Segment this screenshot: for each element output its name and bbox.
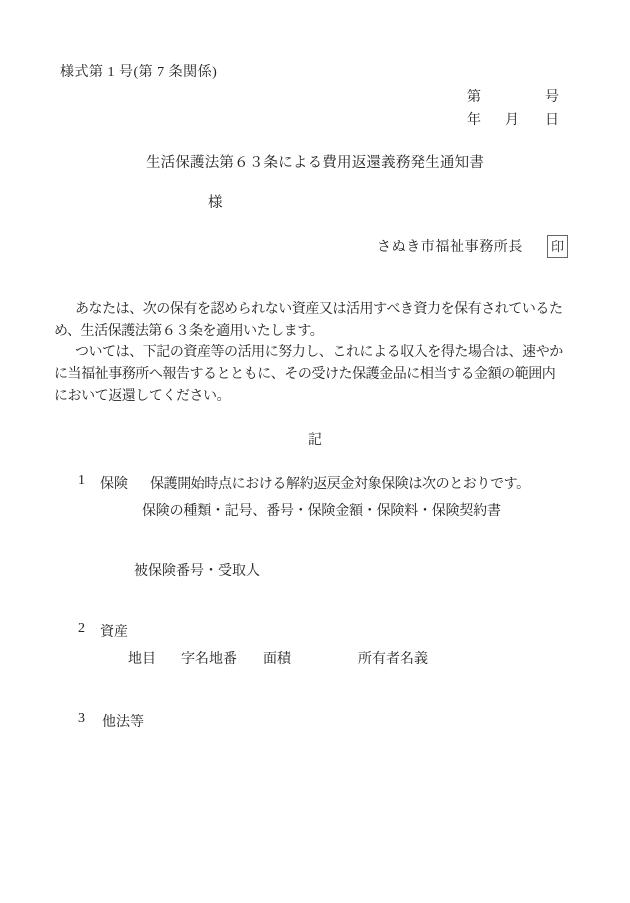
body-line: め、生活保護法第６３条を適用いたします。 bbox=[54, 321, 574, 343]
item2-number: 2 bbox=[78, 621, 85, 637]
item2-column-area: 面積 bbox=[263, 648, 291, 668]
item2-column-lot-number: 字名地番 bbox=[181, 648, 237, 668]
form-label: 様式第 1 号(第 7 条関係) bbox=[60, 61, 217, 81]
item1-description: 保護開始時点における解約返戻金対象保険は次のとおりです。 bbox=[150, 473, 530, 493]
body-line: に当福祉事務所へ報告するとともに、その受けた保護金品に相当する金額の範囲内 bbox=[54, 364, 574, 386]
item2-label: 資産 bbox=[100, 621, 128, 641]
body-line: ついては、下記の資産等の活用に努力し、これによる収入を得た場合は、速やか bbox=[54, 342, 574, 364]
date-year-label: 年 bbox=[467, 109, 481, 129]
item1-subline-insurance-details: 保険の種類・記号、番号・保険金額・保険料・保険契約書 bbox=[142, 500, 501, 520]
addressee-suffix: 様 bbox=[208, 191, 223, 212]
document-title: 生活保護法第６３条による費用返還義務発生通知書 bbox=[0, 151, 630, 172]
seal-box: 印 bbox=[547, 235, 568, 258]
item1-subline-insured-number: 被保険番号・受取人 bbox=[134, 560, 260, 580]
item1-number: 1 bbox=[78, 473, 85, 489]
doc-number-suffix: 号 bbox=[545, 86, 559, 106]
body-line: あなたは、次の保有を認められない資産又は活用すべき資力を保有されているた bbox=[54, 299, 574, 321]
item1-label: 保険 bbox=[100, 473, 128, 493]
ki-heading: 記 bbox=[0, 429, 630, 449]
date-day-label: 日 bbox=[545, 109, 559, 129]
doc-number-prefix: 第 bbox=[467, 86, 481, 106]
item3-label: 他法等 bbox=[102, 711, 144, 731]
item2-column-land-category: 地目 bbox=[128, 648, 156, 668]
document-page: 様式第 1 号(第 7 条関係) 第 号 年 月 日 生活保護法第６３条による費… bbox=[0, 0, 630, 903]
date-month-label: 月 bbox=[505, 109, 519, 129]
issuer-name: さぬき市福祉事務所長 bbox=[377, 236, 523, 256]
item2-column-owner-name: 所有者名義 bbox=[358, 648, 428, 668]
body-line: において返還してください。 bbox=[54, 386, 574, 408]
item3-number: 3 bbox=[78, 711, 85, 727]
body-text: あなたは、次の保有を認められない資産又は活用すべき資力を保有されているた め、生… bbox=[54, 299, 574, 408]
